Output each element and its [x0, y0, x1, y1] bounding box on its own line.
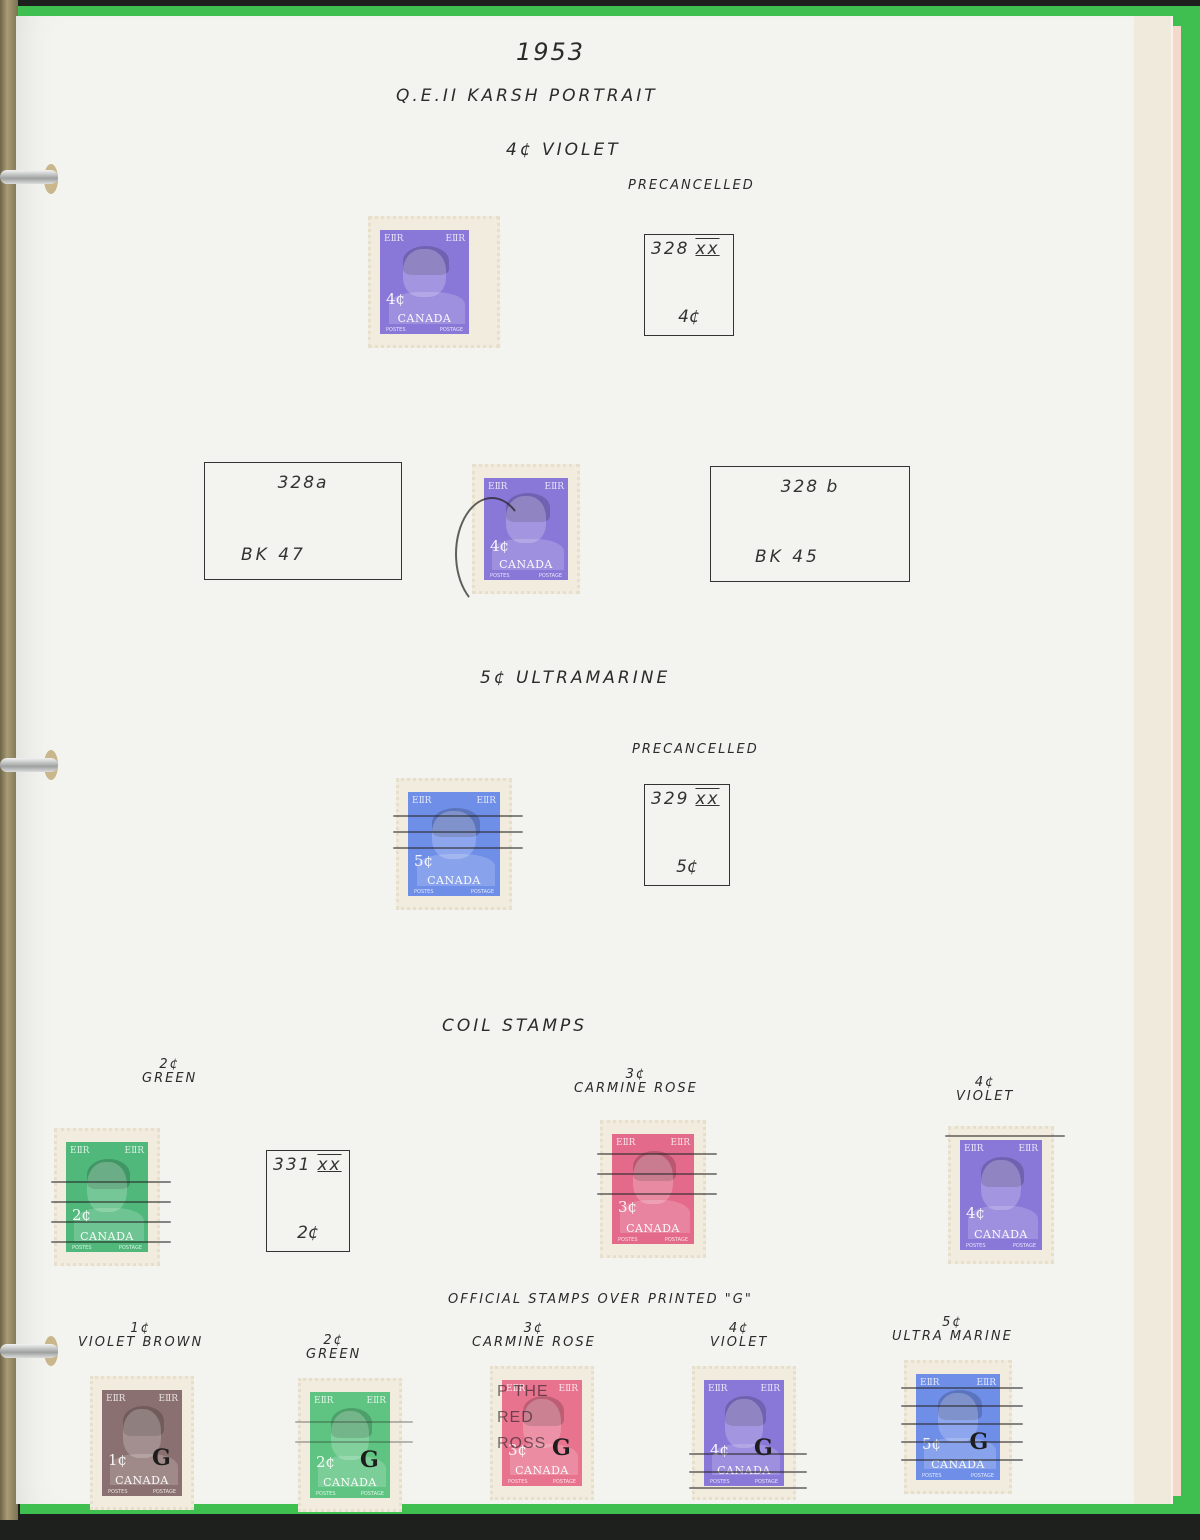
stamp-value: 4¢ — [386, 290, 405, 308]
page-year: 1953 — [516, 38, 585, 66]
cipher-icon: EⅡR — [446, 234, 465, 244]
stamp-official-2c-green[interactable]: EⅡR EⅡR 2¢ G CANADA POSTESPOSTAGE — [298, 1378, 402, 1512]
official-4c-label: 4¢VIOLET — [710, 1322, 768, 1349]
queen-portrait-icon — [403, 249, 446, 297]
official-3c-label: 3¢CARMINE ROSE — [472, 1322, 596, 1349]
stamp-value: 5¢ — [922, 1435, 941, 1453]
section-title-4c-violet: 4¢ VIOLET — [506, 140, 621, 160]
section-title-coil-stamps: COIL STAMPS — [442, 1016, 587, 1036]
queen-portrait-icon — [633, 1154, 672, 1205]
official-5c-label: 5¢ULTRA MARINE — [892, 1316, 1013, 1343]
stamp-value: 2¢ — [316, 1453, 335, 1471]
page-series-title: Q.E.II KARSH PORTRAIT — [396, 86, 658, 106]
catalog-number: 328 b — [711, 477, 909, 497]
album-page: 1953 Q.E.II KARSH PORTRAIT 4¢ VIOLET PRE… — [16, 16, 1134, 1504]
binder-ring — [0, 170, 58, 184]
stamp-official-1c-violet-brown[interactable]: EⅡR EⅡR 1¢ G CANADA POSTESPOSTAGE — [90, 1376, 194, 1510]
catalog-number: 331xx — [273, 1155, 342, 1175]
stamp-value: 4¢ — [710, 1441, 729, 1459]
queen-portrait-icon — [981, 1160, 1020, 1211]
cipher-icon: EⅡR — [384, 234, 403, 244]
coil-box-331xx: 331xx 2¢ — [266, 1150, 350, 1252]
binder-ring — [0, 1344, 58, 1358]
official-2c-label: 2¢GREEN — [306, 1334, 361, 1361]
stamp-country: CANADA — [380, 312, 469, 325]
stamp-country: CANADA — [408, 874, 500, 887]
booklet-number: BK 47 — [241, 545, 306, 565]
denomination: 2¢ — [267, 1223, 349, 1243]
stamp-country: CANADA — [960, 1228, 1042, 1241]
stamp-country: CANADA — [310, 1476, 390, 1489]
stamp-country: CANADA — [612, 1222, 694, 1235]
cipher-icon: EⅡR — [488, 482, 507, 492]
stamp-value: 5¢ — [414, 852, 433, 870]
precancelled-label: PRECANCELLED — [632, 742, 759, 757]
stamp-4c-violet-used[interactable]: EⅡR EⅡR 4¢ CANADA POSTESPOSTAGE — [472, 464, 580, 594]
overprint-g: G — [360, 1447, 379, 1473]
denomination: 4¢ — [645, 307, 733, 327]
section-title-official-stamps: OFFICIAL STAMPS OVER PRINTED "G" — [448, 1292, 753, 1307]
stamp-value: 4¢ — [966, 1204, 985, 1222]
queen-portrait-icon — [87, 1162, 126, 1213]
catalog-number: 328a — [205, 473, 401, 493]
official-1c-label: 1¢VIOLET BROWN — [78, 1322, 203, 1349]
cipher-icon: EⅡR — [477, 796, 496, 806]
stamp-coil-3c-carmine-rose[interactable]: EⅡR EⅡR 3¢ CANADA POSTESPOSTAGE — [600, 1120, 706, 1258]
cipher-icon: EⅡR — [412, 796, 431, 806]
stamp-official-3c-carmine-rose[interactable]: EⅡR EⅡR 3¢ G CANADA POSTESPOSTAGE P THE … — [490, 1366, 594, 1500]
overprint-g: G — [754, 1435, 773, 1461]
cipher-icon: EⅡR — [545, 482, 564, 492]
catalog-number: 328xx — [651, 239, 720, 259]
stamp-5c-ultramarine[interactable]: EⅡR EⅡR 5¢ CANADA POSTESPOSTAGE — [396, 778, 512, 910]
overprint-g: G — [152, 1445, 171, 1471]
slogan-cancel-line: ROSS — [497, 1435, 546, 1453]
stamp-official-4c-violet[interactable]: EⅡR EⅡR 4¢ G CANADA POSTESPOSTAGE — [692, 1366, 796, 1500]
stamp-official-5c-ultramarine[interactable]: EⅡR EⅡR 5¢ G CANADA POSTESPOSTAGE — [904, 1360, 1012, 1494]
coil-4c-label: 4¢VIOLET — [956, 1076, 1014, 1103]
overprint-g: G — [552, 1435, 571, 1461]
stamp-coil-4c-violet[interactable]: EⅡR EⅡR 4¢ CANADA POSTESPOSTAGE — [948, 1126, 1054, 1264]
slogan-cancel-line: RED — [497, 1409, 534, 1427]
queen-portrait-icon — [432, 811, 476, 859]
precancel-box-328xx: 328xx 4¢ — [644, 234, 734, 336]
booklet-box-328b: 328 b BK 45 — [710, 466, 910, 582]
stamp-value: 1¢ — [108, 1451, 127, 1469]
stamp-country: CANADA — [102, 1474, 182, 1487]
booklet-number: BK 45 — [755, 547, 820, 567]
section-title-5c-ultramarine: 5¢ ULTRAMARINE — [480, 668, 670, 688]
stamp-coil-2c-green[interactable]: EⅡR EⅡR 2¢ CANADA POSTESPOSTAGE — [54, 1128, 160, 1266]
slogan-cancel-line: P THE — [497, 1383, 549, 1401]
denomination: 5¢ — [645, 857, 729, 877]
coil-3c-label: 3¢CARMINE ROSE — [574, 1068, 698, 1095]
stamp-country: CANADA — [502, 1464, 582, 1477]
postage-text: POSTAGE — [440, 327, 463, 333]
catalog-number: 329xx — [651, 789, 720, 809]
precancelled-label: PRECANCELLED — [628, 178, 755, 193]
stamp-value: 3¢ — [618, 1198, 637, 1216]
stamp-album-binder: 1953 Q.E.II KARSH PORTRAIT 4¢ VIOLET PRE… — [0, 0, 1200, 1540]
precancel-box-329xx: 329xx 5¢ — [644, 784, 730, 886]
postmark-icon — [455, 497, 529, 611]
stamp-4c-violet-mint[interactable]: EⅡR EⅡR 4¢ CANADA POSTESPOSTAGE — [368, 216, 500, 348]
coil-2c-label: 2¢GREEN — [142, 1058, 197, 1085]
postes-text: POSTES — [386, 327, 406, 333]
binder-ring — [0, 758, 58, 772]
booklet-box-328a: 328a BK 47 — [204, 462, 402, 580]
